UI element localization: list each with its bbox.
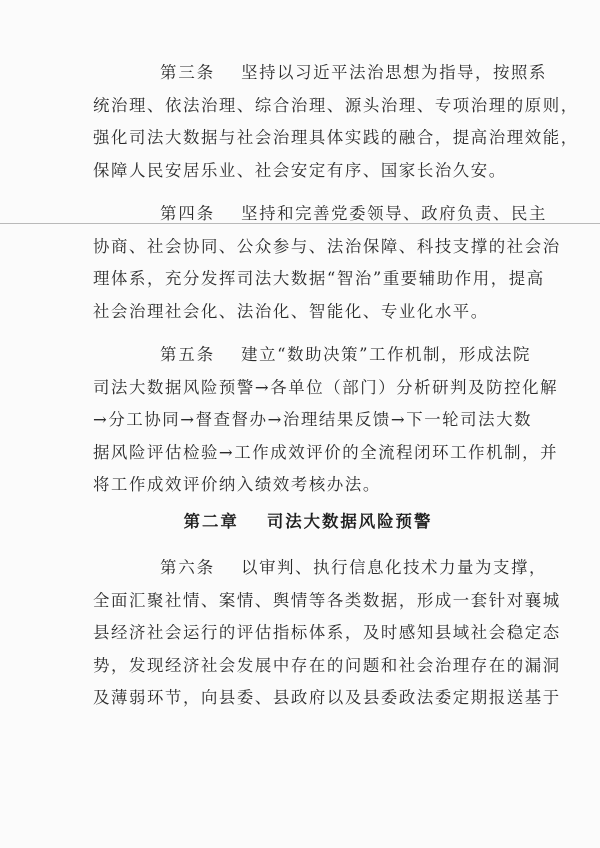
article-line: 理体系，充分发挥司法大数据“智治”重要辅助作用，提高 [93, 263, 507, 296]
chapter-title: 司法大数据风险预警 [267, 512, 433, 531]
article-line: 势，发现经济社会发展中存在的问题和社会治理存在的漏洞 [93, 650, 507, 683]
article-4: 第四条坚持和完善党委领导、政府负责、民主 协商、社会协同、公众参与、法治保障、科… [93, 198, 507, 328]
article-line: 社会治理社会化、法治化、智能化、专业化水平。 [93, 296, 507, 329]
article-line: 据风险评估检验→工作成效评价的全流程闭环工作机制，并 [93, 437, 507, 470]
article-line: 将工作成效评价纳入绩效考核办法。 [93, 469, 507, 502]
article-number: 第三条 [160, 57, 215, 90]
article-line: 全面汇聚社情、案情、舆情等各类数据，形成一套针对襄城 [93, 585, 507, 618]
article-line: 县经济社会运行的评估指标体系，及时感知县域社会稳定态 [93, 617, 507, 650]
article-line: 司法大数据风险预警→各单位（部门）分析研判及防控化解 [93, 372, 507, 405]
article-text: 坚持和完善党委领导、政府负责、民主 [241, 204, 547, 223]
article-line: 统治理、依法治理、综合治理、源头治理、专项治理的原则， [93, 90, 507, 123]
article-line: 强化司法大数据与社会治理具体实践的融合，提高治理效能， [93, 122, 507, 155]
article-line: →分工协同→督查督办→治理结果反馈→下一轮司法大数 [93, 404, 507, 437]
chapter-heading: 第二章司法大数据风险预警 [0, 508, 600, 532]
article-first-line: 第四条坚持和完善党委领导、政府负责、民主 [93, 198, 507, 231]
article-number: 第六条 [160, 552, 215, 585]
article-text: 坚持以习近平法治思想为指导，按照系 [241, 63, 547, 82]
chapter-number: 第二章 [184, 512, 239, 531]
article-number: 第四条 [160, 198, 215, 231]
article-line: 保障人民安居乐业、社会安定有序、国家长治久安。 [93, 155, 507, 188]
article-line: 及薄弱环节，向县委、县政府以及县委政法委定期报送基于 [93, 682, 507, 715]
article-text: 以审判、执行信息化技术力量为支撑， [241, 558, 547, 577]
article-3: 第三条坚持以习近平法治思想为指导，按照系 统治理、依法治理、综合治理、源头治理、… [93, 57, 507, 187]
article-first-line: 第六条以审判、执行信息化技术力量为支撑， [93, 552, 507, 585]
article-first-line: 第五条建立“数助决策”工作机制，形成法院 [93, 339, 507, 372]
article-5: 第五条建立“数助决策”工作机制，形成法院 司法大数据风险预警→各单位（部门）分析… [93, 339, 507, 502]
article-line: 协商、社会协同、公众参与、法治保障、科技支撑的社会治 [93, 231, 507, 264]
article-text: 建立“数助决策”工作机制，形成法院 [241, 345, 531, 364]
article-first-line: 第三条坚持以习近平法治思想为指导，按照系 [93, 57, 507, 90]
article-6: 第六条以审判、执行信息化技术力量为支撑， 全面汇聚社情、案情、舆情等各类数据，形… [93, 552, 507, 715]
document-page: 第三条坚持以习近平法治思想为指导，按照系 统治理、依法治理、综合治理、源头治理、… [0, 0, 600, 848]
article-number: 第五条 [160, 339, 215, 372]
